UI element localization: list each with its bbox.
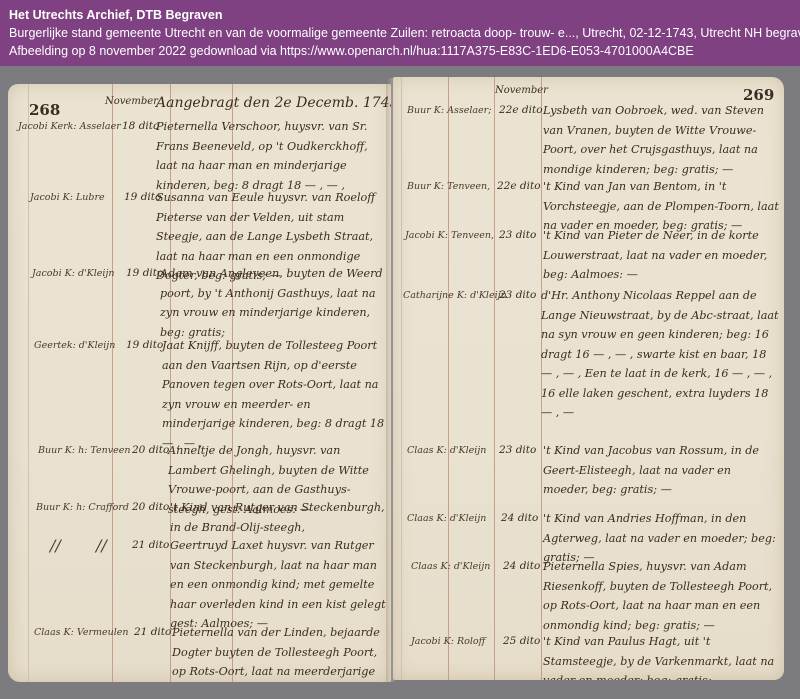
- source-description: Burgerlijke stand gemeente Utrecht en va…: [9, 23, 800, 43]
- column-rule: [448, 77, 449, 680]
- column-rule: [112, 84, 113, 682]
- download-info: Afbeelding op 8 november 2022 gedownload…: [9, 43, 800, 59]
- entry-date: 23 dito: [499, 441, 536, 461]
- entry-date: 21 dito: [134, 623, 171, 643]
- entry-date: 23 dito: [499, 286, 536, 306]
- left-page: 268 November Aangebragt den 2e Decemb. 1…: [8, 84, 391, 682]
- entry-date: 18 dito: [122, 117, 159, 137]
- ringer-name: Buur K: h: Crafford: [36, 498, 129, 518]
- entry-date: 24 dito: [503, 557, 540, 577]
- ringer-name: Claas K: d'Kleijn: [407, 509, 486, 529]
- month-label: November: [105, 92, 158, 112]
- entry-date: 24 dito: [501, 509, 538, 529]
- archive-header: Het Utrechts Archief, DTB Begraven Burge…: [0, 0, 800, 66]
- burial-entry: Lysbeth van Oobroek, wed. van Steven van…: [543, 101, 779, 179]
- entry-date: 20 dito: [132, 441, 169, 461]
- burial-entry: 't Kind van Rutger van Steckenburgh, in …: [170, 498, 386, 537]
- ringer-name: Claas K: d'Kleijn: [407, 441, 486, 461]
- entry-date: 22e dito: [499, 101, 543, 121]
- burial-entry: d'Hr. Anthony Nicolaas Reppel aan de Lan…: [541, 286, 779, 423]
- register-book-spread: 268 November Aangebragt den 2e Decemb. 1…: [8, 80, 784, 688]
- ringer-name: Buur K: Tenveen,: [407, 177, 490, 197]
- ditto-mark: //: [96, 536, 107, 556]
- ringer-name: Buur K: h: Tenveen: [38, 441, 131, 461]
- ringer-name: Jacobi K: Tenveen,: [405, 226, 494, 246]
- margin-rule: [401, 77, 402, 680]
- ditto-mark: //: [50, 536, 61, 556]
- month-label: November: [495, 81, 548, 101]
- burial-entry: Pieternella Verschoor, huysvr. van Sr. F…: [156, 117, 386, 195]
- entry-date: 21 dito: [132, 536, 169, 556]
- ringer-name: Jacobi K: d'Kleijn: [32, 264, 115, 284]
- burial-entry: Pieternella Spies, huysvr. van Adam Ries…: [543, 557, 779, 635]
- ringer-name: Buur K: Asselaer;: [407, 101, 491, 121]
- archive-title: Het Utrechts Archief, DTB Begraven: [9, 7, 800, 23]
- entry-date: 25 dito: [503, 632, 540, 652]
- ringer-name: Catharijne K: d'Kleijn: [403, 286, 507, 306]
- entry-date: 20 dito: [132, 498, 169, 518]
- column-rule: [494, 77, 495, 680]
- burial-entry: 't Kind van Jacobus van Rossum, in de Ge…: [543, 441, 779, 500]
- burial-entry: Pieternella van der Linden, bejaarde Dog…: [172, 623, 386, 682]
- ringer-name: Claas K: Vermeulen: [34, 623, 129, 643]
- margin-rule: [28, 84, 29, 682]
- ringer-name: Jacobi K: Lubre: [30, 188, 105, 208]
- ringer-name: Jacobi K: Roloff: [411, 632, 485, 652]
- burial-entry: Geertruyd Laxet huysvr. van Rutger van S…: [170, 536, 386, 634]
- entry-date: 19 dito: [126, 264, 163, 284]
- burial-entry: 't Kind van Pieter de Neer, in de korte …: [543, 226, 779, 285]
- burial-entry: Adam van Angleveen, buyten de Weerd poor…: [160, 264, 386, 342]
- entry-date: 23 dito: [499, 226, 536, 246]
- ringer-name: Geertek: d'Kleijn: [34, 336, 115, 356]
- entry-date: 19 dito: [126, 336, 163, 356]
- page-heading: Aangebragt den 2e Decemb. 1743.: [156, 94, 391, 114]
- right-page: 269 November Buur K: Asselaer; 22e dito …: [393, 77, 784, 680]
- entry-date: 22e dito: [497, 177, 541, 197]
- ringer-name: Jacobi Kerk: Asselaer: [18, 117, 121, 137]
- ringer-name: Claas K: d'Kleijn: [411, 557, 490, 577]
- burial-entry: Jaat Knijff, buyten de Tollesteeg Poort …: [162, 336, 386, 453]
- burial-entry: 't Kind van Paulus Hagt, uit 't Stamstee…: [543, 632, 779, 680]
